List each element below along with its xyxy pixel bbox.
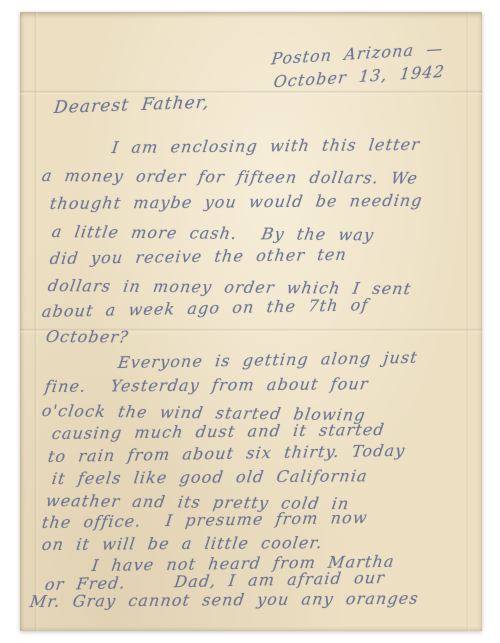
fold-crease-horizontal-top [20, 90, 482, 95]
letter-line: about a week ago on the 7th of [41, 295, 370, 321]
fold-crease-vertical-left [34, 12, 38, 631]
letter-line: did you receive the other ten [49, 245, 348, 268]
letter-line: a little more cash. By the way [51, 222, 376, 244]
letter-line: Mr. Gray cannot send you any oranges [29, 589, 420, 611]
letter-line: I am enclosing with this letter [111, 135, 422, 157]
letter-line: it feels like good old California [51, 466, 369, 488]
letter-line: Everyone is getting along just [117, 348, 419, 372]
letter-page: Poston Arizona — October 13, 1942 Deares… [20, 12, 482, 631]
letter-line: to rain from about six thirty. Today [47, 441, 407, 466]
letter-line: a money order for fifteen dollars. We [41, 166, 420, 188]
letter-line: the office. I presume from now [41, 508, 369, 532]
fold-crease-vertical-right [466, 12, 470, 631]
letter-line: on it will be a little cooler. [41, 533, 324, 554]
salutation: Dearest Father, [53, 93, 211, 119]
letter-line: causing much dust and it started [51, 420, 386, 443]
letter-scan: Poston Arizona — October 13, 1942 Deares… [0, 0, 500, 643]
letter-line: thought maybe you would be needing [49, 191, 424, 213]
letter-line: October? [45, 327, 131, 346]
letter-heading: Poston Arizona — October 13, 1942 [270, 37, 445, 93]
letter-line: fine. Yesterday from about four [44, 374, 370, 396]
